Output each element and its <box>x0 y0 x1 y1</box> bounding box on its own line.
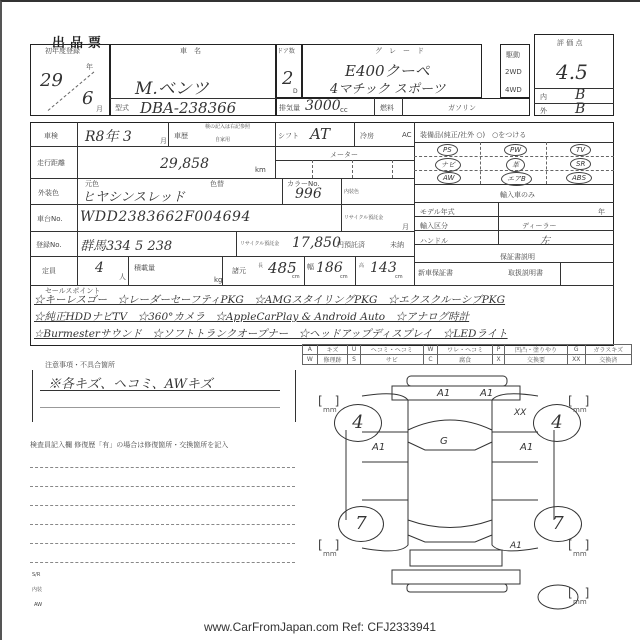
tire-rear-left: 7 <box>338 506 384 542</box>
mark-a1: A1 <box>519 442 533 453</box>
dealer-label: 保証書説明 <box>500 252 535 262</box>
legend-cell: 腐食 <box>438 355 493 365</box>
mark-xx: XX <box>513 408 527 418</box>
legend-cell: G <box>567 345 585 355</box>
fuel-divider <box>374 98 375 116</box>
equip-col <box>480 142 481 184</box>
color-label: 外装色 <box>38 188 59 198</box>
history-value: 自家用 <box>215 136 230 143</box>
legend-cell: A <box>303 345 318 355</box>
grade-line-2: 4マチック スポーツ <box>330 78 446 97</box>
doors-value: 2 <box>282 68 293 89</box>
shift-value: AT <box>310 125 330 143</box>
col-line <box>354 122 355 146</box>
displacement-unit: cc <box>340 106 348 114</box>
legend-cell: X <box>492 355 504 365</box>
mm-label: mm <box>573 598 587 606</box>
length-label: 長 <box>258 262 263 269</box>
dimensions-label: 諸元 <box>232 266 246 276</box>
grade-label: グ レ ー ド <box>375 46 424 56</box>
model-code: DBA-238366 <box>140 99 236 117</box>
legend-cell: C <box>423 355 438 365</box>
height-value: 143 <box>370 260 397 276</box>
legend-cell: W <box>303 355 318 365</box>
legend-cell: 交換済 <box>585 355 631 365</box>
meter-cell <box>352 160 353 178</box>
legend-cell: U <box>348 345 361 355</box>
legend-cell: ヘコミ・ヘコミ <box>360 345 423 355</box>
first-reg-month: 6 <box>82 88 93 109</box>
ac-value: AC <box>402 131 412 139</box>
mm-label: mm <box>323 406 337 414</box>
first-reg-year-unit: 年 <box>86 62 93 72</box>
repair-label: 検査員記入欄 修復歴「有」の場合は修復箇所・交換箇所を記入 <box>30 440 228 450</box>
mark-a1: A1 <box>509 541 522 551</box>
sales-point-line-2: ☆純正HDDナビTV ☆360°カメラ ☆AppleCarPlay & Andr… <box>34 309 469 324</box>
equip-line <box>414 142 614 143</box>
first-reg-label: 初年度登録 <box>45 46 80 56</box>
length-unit: cm <box>292 274 300 280</box>
repair-line <box>30 486 295 487</box>
col-line <box>304 256 305 285</box>
inspection-value: R8年 3 <box>85 126 132 146</box>
mm-label: mm <box>323 550 337 558</box>
repair-line <box>30 467 295 468</box>
mm-label: mm <box>573 550 587 558</box>
col-line <box>77 122 78 285</box>
mileage-label: 走行距離 <box>37 158 65 168</box>
load-label: 積載量 <box>134 263 155 273</box>
footer-label-sr: S/R <box>32 572 40 578</box>
col-line <box>275 146 276 178</box>
equip-line <box>414 262 614 263</box>
sales-point-line-3: ☆Burmesterサウンド ☆ソフトトランクオープナー ☆ヘッドアップディスプ… <box>34 326 508 341</box>
reg-label: 登録No. <box>36 240 62 250</box>
col-line <box>341 178 342 231</box>
meter-label: メーター <box>330 150 358 160</box>
shift-label: シフト <box>278 131 299 141</box>
equip-tv: TV <box>570 144 591 156</box>
repair-line <box>30 524 295 525</box>
legend-cell: ガラスキズ <box>585 345 631 355</box>
inspection-label: 車検 <box>44 131 58 141</box>
history-note: 検の記入は右記参照 <box>205 123 250 130</box>
legend-cell: 修理跡 <box>317 355 348 365</box>
mileage-value: 29,858 <box>160 156 209 172</box>
equip-col <box>498 202 499 244</box>
chassis-value: WDD2383662F004694 <box>80 209 251 225</box>
row-line <box>30 285 614 286</box>
color-no-value: 996 <box>295 186 322 202</box>
equip-col <box>546 142 547 184</box>
drive-4wd: 4WD <box>505 86 522 94</box>
height-unit: cm <box>395 274 403 280</box>
inspection-unit: 月 <box>160 136 167 146</box>
legend-cell: 凹凸・塗りやり <box>505 345 568 355</box>
doors-label: ドア数 <box>277 46 295 55</box>
score-label: 評 価 点 <box>557 38 582 48</box>
equip-line <box>414 202 614 203</box>
meter-line <box>275 160 414 161</box>
col-line <box>355 256 356 285</box>
legend-cell: ワレ・ヘコミ <box>438 345 493 355</box>
equip-line <box>414 244 614 245</box>
car-name: M.ベンツ <box>135 74 209 99</box>
mark-a1: A1 <box>436 388 450 399</box>
equip-divider <box>414 122 415 285</box>
equip-ps: PS <box>437 144 458 156</box>
chassis-label: 車台No. <box>37 214 63 224</box>
fuel-value: ガソリン <box>448 103 476 113</box>
doors-unit: D <box>293 88 298 95</box>
watermark: www.CarFromJapan.com Ref: CFJ2333941 <box>0 620 640 634</box>
overall-score: 4.5 <box>556 60 588 84</box>
legend-cell: キズ <box>317 345 348 355</box>
legend-cell: P <box>492 345 504 355</box>
legend-cell: サビ <box>360 355 423 365</box>
meter-cell <box>312 160 313 178</box>
displacement-label: 排気量 <box>279 103 300 113</box>
ac-label: 冷房 <box>360 131 374 141</box>
equip-leather: 革 <box>506 158 525 172</box>
legend-cell: W <box>423 345 438 355</box>
equip-aw: AW <box>437 172 461 184</box>
warranty-label: 新車保証書 <box>418 268 453 278</box>
other-label: 未納 <box>390 240 404 250</box>
exterior-label: 外 <box>540 106 547 116</box>
drive-label: 駆動 <box>506 50 520 60</box>
legend-cell: 交換要 <box>505 355 568 365</box>
footer-label-interior: 内装 <box>32 586 42 593</box>
equip-line <box>414 230 614 231</box>
width-unit: cm <box>340 274 348 280</box>
drive-2wd: 2WD <box>505 68 522 76</box>
notes-line <box>40 390 280 391</box>
capacity-label: 定員 <box>42 266 56 276</box>
notes-line <box>40 407 280 408</box>
sales-point-line-1: ☆キーレスゴー ☆レーダーセーフティPKG ☆AMGスタイリングPKG ☆エクス… <box>34 292 505 307</box>
equip-navi: ナビ <box>435 158 461 172</box>
car-name-label: 車 名 <box>180 46 201 56</box>
mileage-unit: km <box>255 166 266 174</box>
col-line <box>222 256 223 285</box>
equip-airbag: エアB <box>501 172 532 186</box>
tire-front-left: 4 <box>334 404 382 442</box>
reg-value: 群馬334 5 238 <box>80 235 172 254</box>
first-reg-year: 29 <box>40 70 63 91</box>
equip-pw: PW <box>504 144 527 156</box>
recycle-fee: 17,850 <box>292 235 341 251</box>
equip-col <box>560 262 561 285</box>
height-label: 高 <box>359 262 364 269</box>
color-value: ヒヤシンスレッド <box>82 186 185 205</box>
damage-legend: A キズ U ヘコミ・ヘコミ W ワレ・ヘコミ P 凹凸・塗りやり G ガラスキ… <box>302 344 632 365</box>
legend-cell: XX <box>567 355 585 365</box>
score-divider-2 <box>534 103 614 104</box>
capacity-unit: 人 <box>119 272 126 282</box>
score-divider-1 <box>534 88 614 89</box>
model-label: 型式 <box>115 103 129 113</box>
color-code-label: 色替 <box>210 179 224 189</box>
col-line <box>282 178 283 204</box>
col-line <box>168 122 169 146</box>
recycle-fee-label: リサイクル預託金 <box>240 240 279 247</box>
footer-label-aw: AW <box>34 602 42 608</box>
repair-line <box>30 505 295 506</box>
notes-label: 注意事項・不具合箇所 <box>45 360 115 370</box>
equip-dash <box>414 156 614 157</box>
capacity-value: 4 <box>95 260 104 276</box>
width-value: 186 <box>316 260 343 276</box>
meter-cell <box>392 160 393 178</box>
row-line <box>30 146 414 147</box>
interior-label: 内 <box>540 92 547 102</box>
fuel-label: 燃料 <box>380 103 394 113</box>
exterior-score: B <box>575 101 585 117</box>
repair-line <box>30 562 295 563</box>
mark-g: G <box>440 436 448 447</box>
equipment-header: 装備品(純正/社外 ○) ○をつける <box>420 130 526 140</box>
first-reg-month-unit: 月 <box>96 104 103 114</box>
manual-label: 取扱説明書 <box>508 268 543 278</box>
equip-abs: ABS <box>566 172 592 184</box>
legend-cell: S <box>348 355 361 365</box>
import-label: 輸入車のみ <box>500 190 535 200</box>
row-line <box>30 231 414 232</box>
mm-label: mm <box>573 406 587 414</box>
recycle-label: リサイクル預託金 <box>344 214 383 221</box>
col-line <box>236 231 237 256</box>
col-line <box>128 256 129 285</box>
col-line <box>275 122 276 146</box>
width-label: 幅 <box>307 262 314 272</box>
recycle-fee-unit: 円預託済 <box>337 240 365 250</box>
recycle-unit: 月 <box>402 222 409 232</box>
equip-line <box>414 216 614 217</box>
interior-color-label: 内装色 <box>344 188 359 195</box>
displacement-value: 3000 <box>305 98 341 114</box>
mark-a1: A1 <box>479 388 493 399</box>
mark-a1: A1 <box>371 442 385 453</box>
repair-line <box>30 543 295 544</box>
fuel-divider-2 <box>402 98 403 116</box>
history-label: 車歴 <box>174 131 188 141</box>
